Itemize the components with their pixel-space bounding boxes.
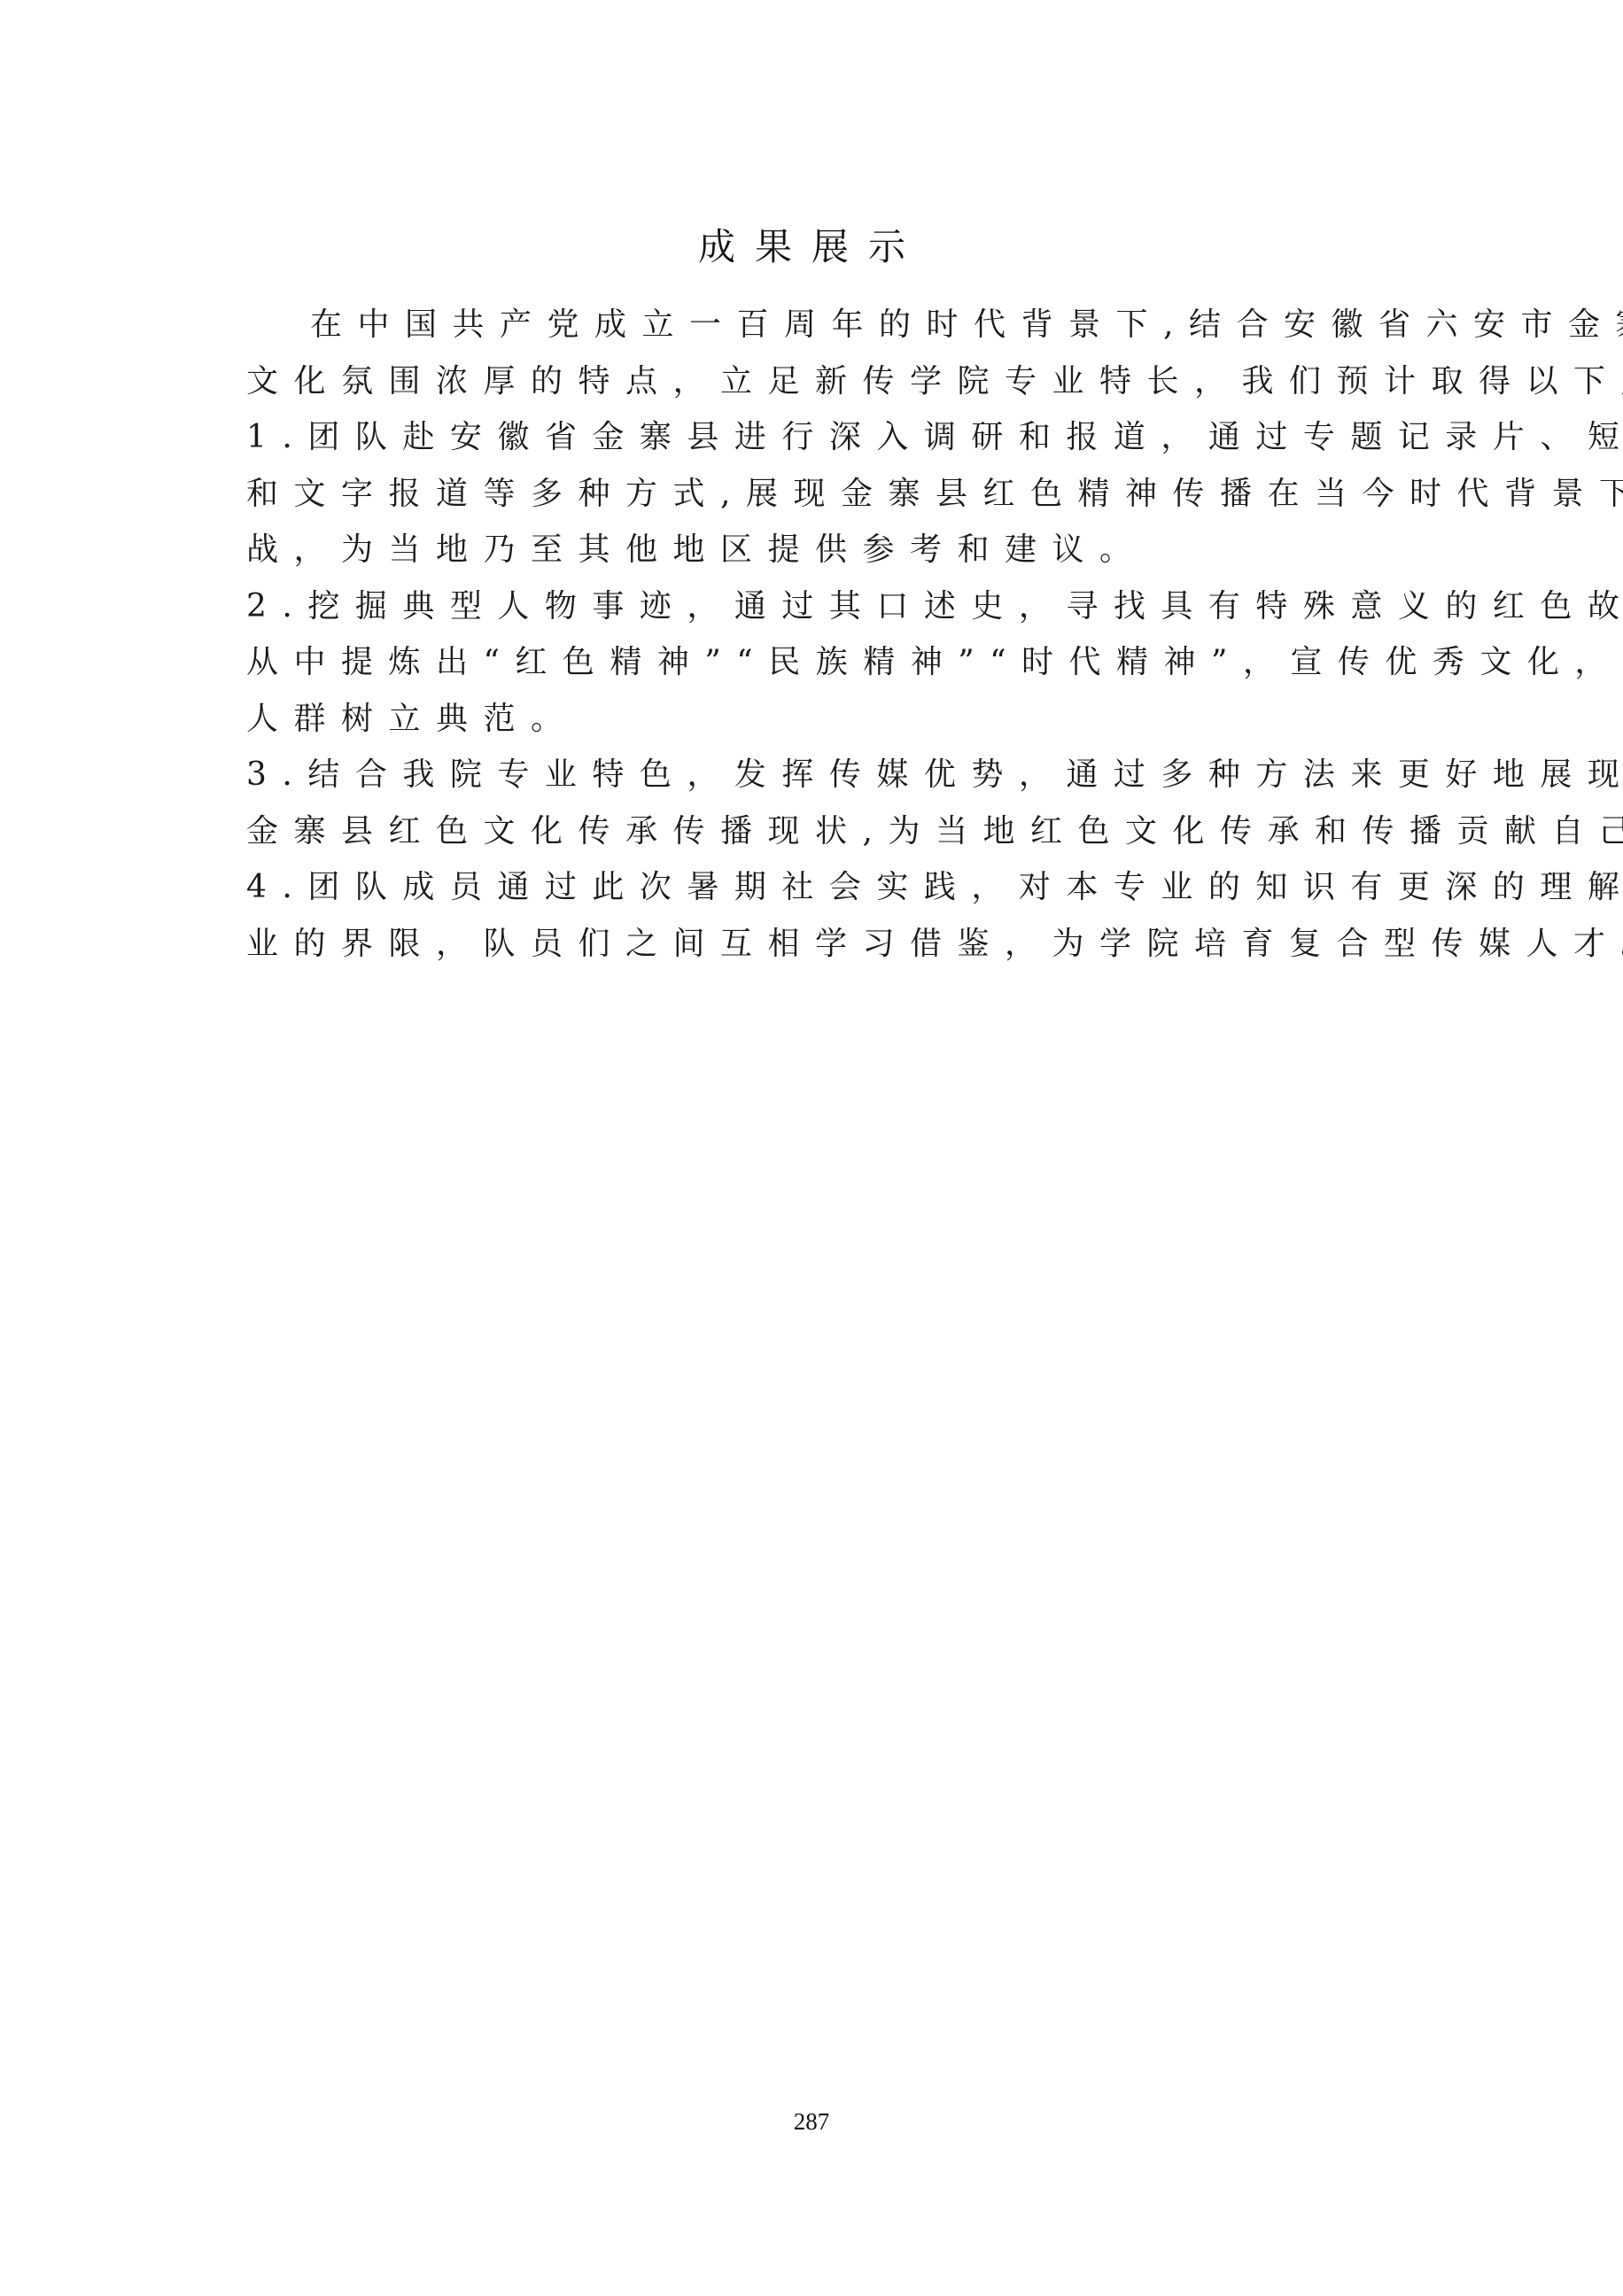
- list-item-2-line-1: 2.挖掘典型人物事迹，通过其口述史，寻找具有特殊意义的红色故事进行整理，: [246, 578, 1398, 635]
- list-item-1-line-3: 战，为当地乃至其他地区提供参考和建议。: [246, 522, 1398, 578]
- body-text: 在中国共产党成立一百周年的时代背景下,结合安徽省六安市金寨县的红色 文化氛围浓厚…: [246, 297, 1398, 972]
- page-title: 成果展示: [0, 218, 1623, 271]
- list-item-4-line-2: 业的界限，队员们之间互相学习借鉴，为学院培育复合型传媒人才。: [246, 916, 1398, 973]
- list-item-3-line-1: 3.结合我院专业特色，发挥传媒优势，通过多种方法来更好地展现安徽省六安市: [246, 747, 1398, 803]
- list-item-1-line-1: 1.团队赴安徽省金寨县进行深入调研和报道，通过专题记录片、短视频、广播剧: [246, 409, 1398, 466]
- list-item-4-line-1: 4.团队成员通过此次暑期社会实践，对本专业的知识有更深的理解，同时打破专: [246, 859, 1398, 916]
- document-page: 成果展示 在中国共产党成立一百周年的时代背景下,结合安徽省六安市金寨县的红色 文…: [0, 0, 1623, 2296]
- page-number: 287: [0, 2108, 1623, 2136]
- list-item-1-line-2: 和文字报道等多种方式,展现金寨县红色精神传播在当今时代背景下的机遇与挑: [246, 466, 1398, 523]
- paragraph-intro-line-1: 在中国共产党成立一百周年的时代背景下,结合安徽省六安市金寨县的红色: [246, 297, 1398, 353]
- list-item-2-line-2: 从中提炼出“红色精神”“民族精神”“时代精神”，宣传优秀文化，为青少年: [246, 634, 1398, 691]
- list-item-2-line-3: 人群树立典范。: [246, 691, 1398, 748]
- paragraph-intro-line-2: 文化氛围浓厚的特点，立足新传学院专业特长，我们预计取得以下成果：: [246, 353, 1398, 410]
- list-item-3-line-2: 金寨县红色文化传承传播现状,为当地红色文化传承和传播贡献自己的一份力量。: [246, 803, 1398, 860]
